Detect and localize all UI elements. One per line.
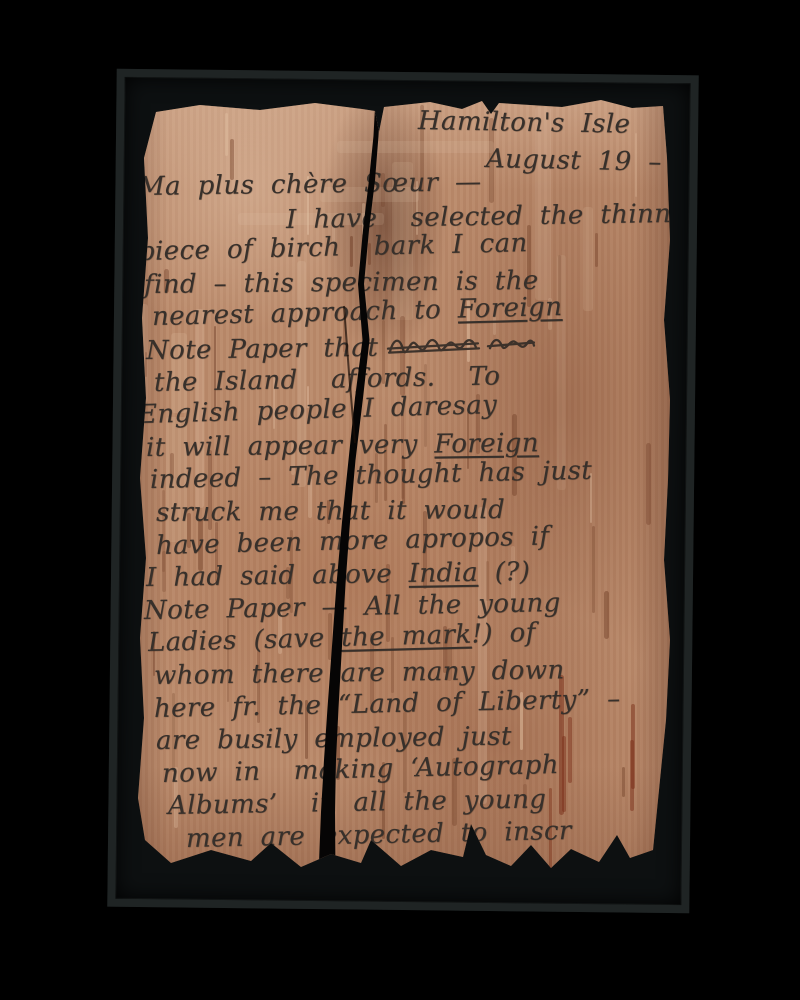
letter-text: Hamilton's Isle August 19 – 1870 Ma plus… bbox=[130, 98, 670, 875]
letter-line: piece of birch bark I can bbox=[138, 228, 528, 267]
letter-line: Albums’ in all the young bbox=[168, 785, 547, 822]
letter-line: Note Paper that bbox=[146, 330, 537, 366]
letter-salutation: Ma plus chère Sœur — bbox=[138, 167, 482, 202]
letter-line: are busily employed just bbox=[156, 722, 512, 756]
scribbled-out-text bbox=[386, 334, 536, 360]
birch-bark-letter: Hamilton's Isle August 19 – 1870 Ma plus… bbox=[130, 98, 670, 875]
letter-date: August 19 – 1870 bbox=[486, 144, 747, 179]
letter-line: whom there are many down bbox=[154, 655, 565, 691]
photograph: Hamilton's Isle August 19 – 1870 Ma plus… bbox=[0, 0, 800, 1000]
letter-line: I had said above India (?) bbox=[146, 557, 531, 593]
letter-line: now in making ‘Autograph bbox=[162, 750, 559, 789]
letter-place: Hamilton's Isle bbox=[418, 106, 631, 140]
